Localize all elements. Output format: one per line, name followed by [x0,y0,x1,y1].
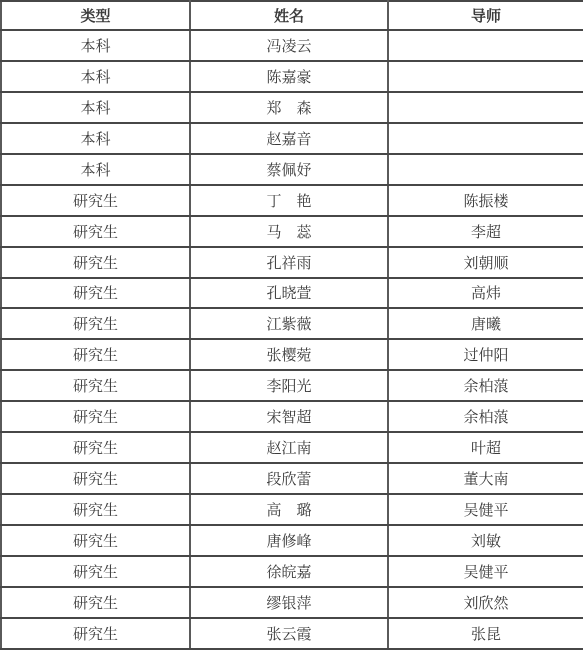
cell-name: 缪银萍 [190,587,388,618]
table-row: 研究生江紫薇唐曦 [1,308,583,339]
cell-advisor [388,30,583,61]
cell-type: 研究生 [1,339,190,370]
cell-advisor: 董大南 [388,463,583,494]
table-row: 研究生赵江南叶超 [1,432,583,463]
cell-type: 研究生 [1,587,190,618]
cell-type: 研究生 [1,401,190,432]
cell-type: 研究生 [1,247,190,278]
table-row: 研究生宋智超余柏蒗 [1,401,583,432]
cell-advisor [388,61,583,92]
cell-type: 本科 [1,154,190,185]
cell-advisor: 陈振楼 [388,185,583,216]
cell-advisor: 叶超 [388,432,583,463]
cell-name: 冯凌云 [190,30,388,61]
cell-name: 赵嘉音 [190,123,388,154]
cell-name: 张樱菀 [190,339,388,370]
table-row: 研究生孔晓萱高炜 [1,278,583,309]
student-advisor-table: 类型 姓名 导师 本科冯凌云本科陈嘉豪本科郑 森本科赵嘉音本科蔡佩妤研究生丁 艳… [0,0,583,650]
cell-name: 孔祥雨 [190,247,388,278]
cell-name: 丁 艳 [190,185,388,216]
table-row: 研究生孔祥雨刘朝顺 [1,247,583,278]
cell-type: 研究生 [1,278,190,309]
cell-advisor: 吴健平 [388,494,583,525]
table-row: 研究生丁 艳陈振楼 [1,185,583,216]
cell-advisor [388,123,583,154]
cell-type: 研究生 [1,525,190,556]
table-header: 类型 姓名 导师 [1,1,583,30]
cell-name: 赵江南 [190,432,388,463]
header-row: 类型 姓名 导师 [1,1,583,30]
cell-name: 张云霞 [190,618,388,649]
cell-type: 本科 [1,61,190,92]
cell-name: 蔡佩妤 [190,154,388,185]
cell-advisor: 余柏蒗 [388,370,583,401]
cell-advisor: 张昆 [388,618,583,649]
cell-type: 研究生 [1,370,190,401]
table-row: 研究生高 璐吴健平 [1,494,583,525]
cell-name: 高 璐 [190,494,388,525]
table-row: 研究生唐修峰刘敏 [1,525,583,556]
cell-type: 研究生 [1,556,190,587]
cell-name: 马 蕊 [190,216,388,247]
cell-type: 研究生 [1,216,190,247]
cell-name: 孔晓萱 [190,278,388,309]
cell-type: 本科 [1,123,190,154]
cell-advisor [388,92,583,123]
table-row: 研究生张云霞张昆 [1,618,583,649]
header-cell-type: 类型 [1,1,190,30]
table-row: 研究生张樱菀过仲阳 [1,339,583,370]
cell-name: 陈嘉豪 [190,61,388,92]
cell-advisor: 刘朝顺 [388,247,583,278]
cell-advisor: 刘敏 [388,525,583,556]
cell-advisor: 过仲阳 [388,339,583,370]
cell-name: 李阳光 [190,370,388,401]
table-body: 本科冯凌云本科陈嘉豪本科郑 森本科赵嘉音本科蔡佩妤研究生丁 艳陈振楼研究生马 蕊… [1,30,583,649]
cell-name: 徐皖嘉 [190,556,388,587]
cell-type: 本科 [1,92,190,123]
header-cell-advisor: 导师 [388,1,583,30]
cell-name: 江紫薇 [190,308,388,339]
table-row: 本科蔡佩妤 [1,154,583,185]
table-row: 本科冯凌云 [1,30,583,61]
cell-advisor: 李超 [388,216,583,247]
cell-type: 研究生 [1,494,190,525]
cell-type: 研究生 [1,185,190,216]
table-row: 研究生李阳光余柏蒗 [1,370,583,401]
table-row: 研究生马 蕊李超 [1,216,583,247]
table-row: 本科郑 森 [1,92,583,123]
cell-type: 研究生 [1,463,190,494]
cell-advisor: 高炜 [388,278,583,309]
table-row: 研究生段欣蕾董大南 [1,463,583,494]
cell-advisor: 唐曦 [388,308,583,339]
cell-name: 宋智超 [190,401,388,432]
cell-type: 研究生 [1,618,190,649]
table-row: 研究生缪银萍刘欣然 [1,587,583,618]
table-row: 本科赵嘉音 [1,123,583,154]
table-row: 研究生徐皖嘉吴健平 [1,556,583,587]
cell-advisor: 吴健平 [388,556,583,587]
cell-type: 本科 [1,30,190,61]
cell-name: 郑 森 [190,92,388,123]
cell-type: 研究生 [1,432,190,463]
cell-name: 段欣蕾 [190,463,388,494]
cell-type: 研究生 [1,308,190,339]
cell-advisor [388,154,583,185]
table-row: 本科陈嘉豪 [1,61,583,92]
cell-advisor: 余柏蒗 [388,401,583,432]
header-cell-name: 姓名 [190,1,388,30]
cell-name: 唐修峰 [190,525,388,556]
cell-advisor: 刘欣然 [388,587,583,618]
